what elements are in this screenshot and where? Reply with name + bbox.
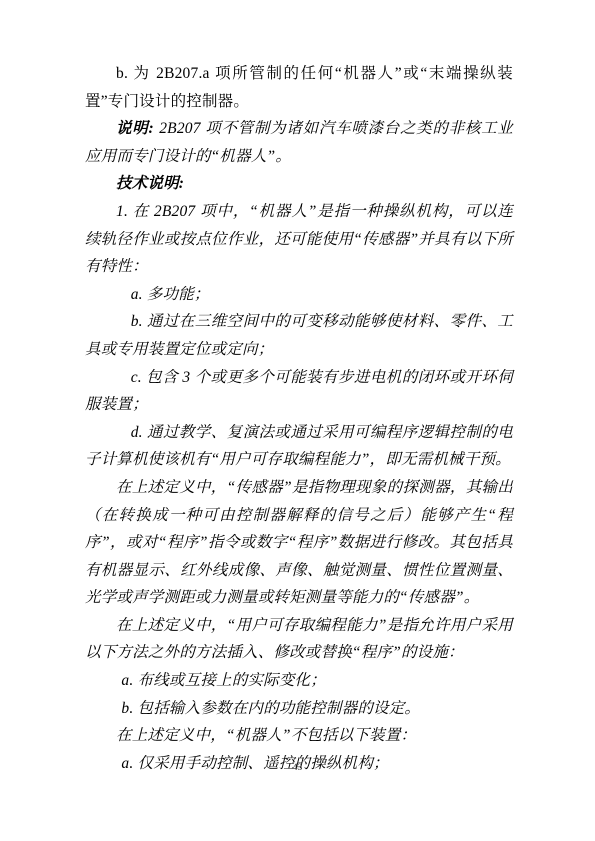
list-item-wiring-changes: a. 布线或互接上的实际变化；: [85, 667, 513, 695]
tech-note-heading: 技术说明:: [85, 170, 513, 198]
note-label: 说明:: [116, 120, 154, 137]
list-item-positioning: b. 通过在三维空间中的可变移动能够使材料、零件、工具或专用装置定位或定向；: [85, 308, 513, 363]
page-number: 43: [0, 762, 595, 774]
paragraph-sensor-definition: 在上述定义中，“传感器”是指物理现象的探测器，其输出（在转换成一种可由控制器解释…: [85, 474, 513, 612]
paragraph-user-accessible-programmability: 在上述定义中，“用户可存取编程能力”是指允许用户采用以下方法之外的方法插入、修改…: [85, 612, 513, 667]
paragraph-robot-definition: 1. 在 2B207 项中，“机器人”是指一种操纵机构，可以连续轨径作业或按点位…: [85, 198, 513, 281]
document-page: b. 为 2B207.a 项所管制的任何“机器人”或“末端操纵装置”专门设计的控…: [0, 0, 595, 841]
list-item-programmability: d. 通过教学、复演法或通过采用可编程序逻辑控制的电子计算机使该机有“用户可存取…: [85, 419, 513, 474]
list-item-function-controller-settings: b. 包括输入参数在内的功能控制器的设定。: [85, 695, 513, 723]
list-item-servo-devices: c. 包含 3 个或更多个可能装有步进电机的闭环或开环伺服装置；: [85, 364, 513, 419]
paragraph-controllers: b. 为 2B207.a 项所管制的任何“机器人”或“末端操纵装置”专门设计的控…: [85, 60, 513, 115]
list-item-multifunction: a. 多功能；: [85, 281, 513, 309]
paragraph-robot-exclusions: 在上述定义中，“机器人”不包括以下装置：: [85, 722, 513, 750]
paragraph-note: 说明:2B207 项不管制为诸如汽车喷漆台之类的非核工业应用而专门设计的“机器人…: [85, 115, 513, 170]
document-body: b. 为 2B207.a 项所管制的任何“机器人”或“末端操纵装置”专门设计的控…: [85, 60, 513, 777]
